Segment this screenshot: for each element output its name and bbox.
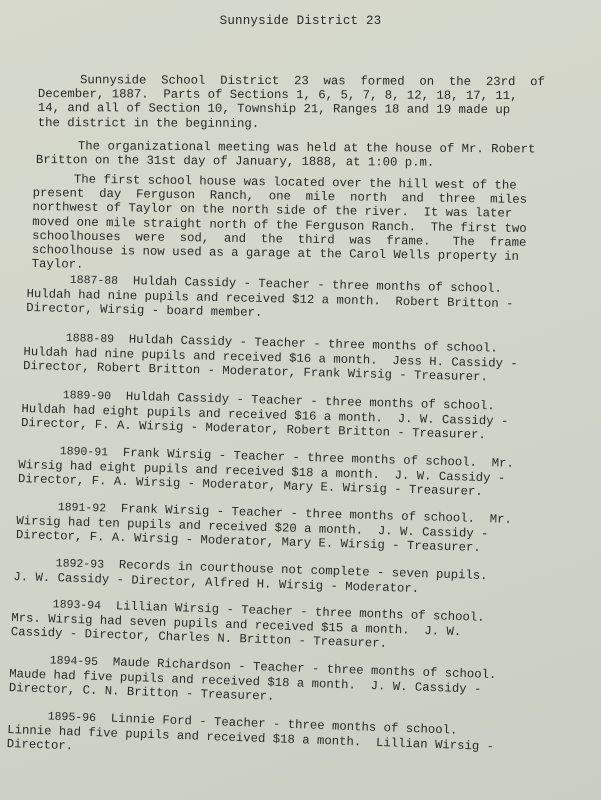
entry-year: 1887-88: [70, 274, 119, 288]
school-year-entry: 1895-96 Linnie Ford - Teacher - three mo…: [6, 708, 494, 769]
school-year-entry: 1893-94 Lillian Wirsig - Teacher - three…: [11, 596, 485, 654]
intro-paragraph: The organizational meeting was held at t…: [36, 139, 536, 171]
entry-year: 1893-94: [53, 598, 102, 613]
entry-year: 1888-89: [66, 332, 115, 346]
school-year-entry: 1894-95 Maude Richardson - Teacher - thr…: [9, 652, 497, 712]
school-year-entry: 1892-93 Records in courthouse not comple…: [13, 555, 488, 598]
entry-year: 1894-95: [50, 654, 99, 669]
paragraph-line: the district in the beginning.: [38, 116, 545, 132]
school-year-entry: 1891-92 Frank Wirsig - Teacher - three m…: [16, 499, 512, 556]
intro-paragraph: Sunnyside School District 23 was formed …: [38, 73, 545, 132]
school-year-entry: 1889-90 Huldah Cassidy - Teacher - three…: [21, 387, 509, 443]
school-year-entry: 1887-88 Huldah Cassidy - Teacher - three…: [26, 272, 514, 326]
entry-year: 1895-96: [47, 710, 96, 725]
school-year-entry: 1890-91 Frank Wirsig - Teacher - three m…: [18, 443, 514, 500]
intro-paragraph: The first school house was located over …: [32, 172, 528, 278]
entry-year: 1889-90: [63, 389, 112, 403]
school-year-entry: 1888-89 Huldah Cassidy - Teacher - three…: [23, 330, 518, 386]
entry-year: 1890-91: [60, 445, 109, 459]
entry-year: 1891-92: [58, 501, 107, 515]
document-title: Sunnyside District 23: [0, 14, 601, 28]
entry-year: 1892-93: [56, 557, 105, 571]
document-page: Sunnyside District 23 Sunnyside School D…: [0, 0, 601, 800]
